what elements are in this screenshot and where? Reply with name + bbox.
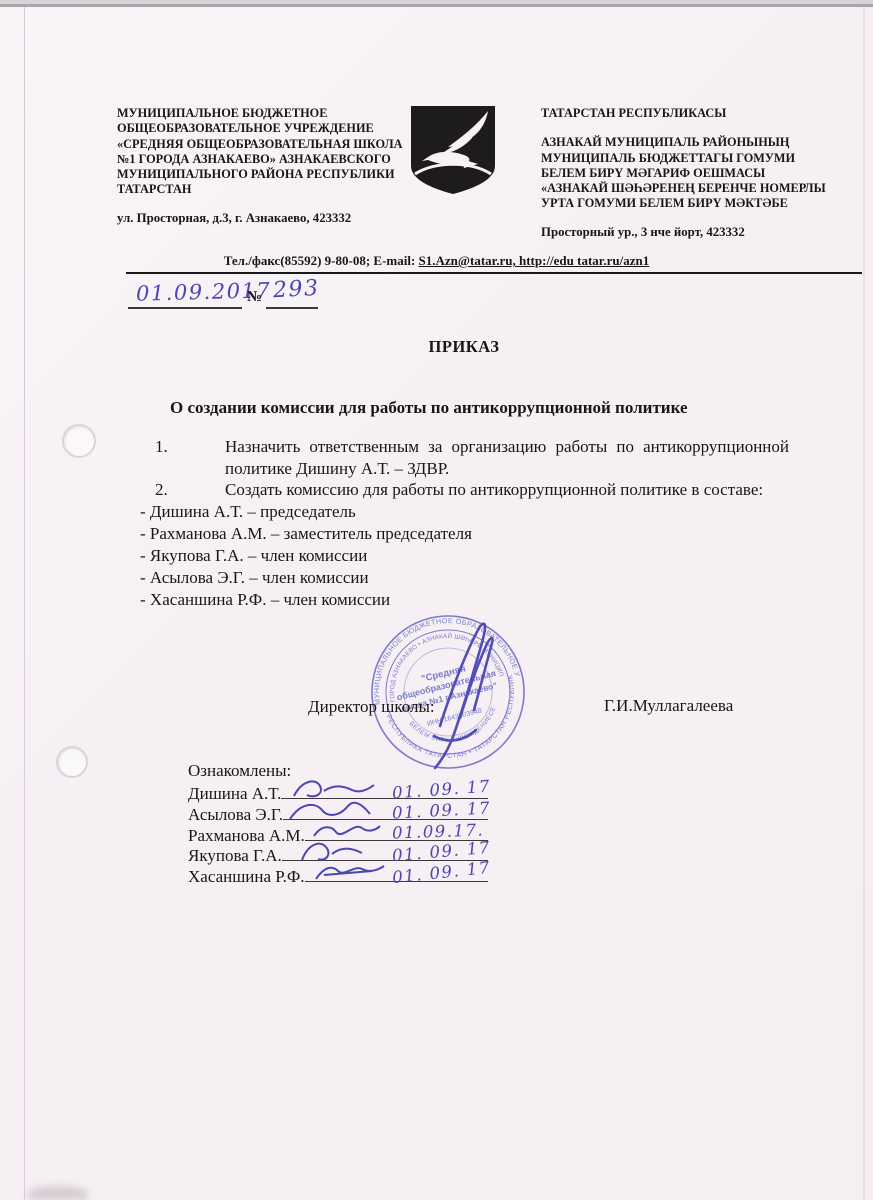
acknowledged-block: Ознакомлены: Дишина А.Т. 01. 09. 17 Асыл… <box>188 761 488 888</box>
letterhead-line: МУНИЦИПАЛЬНОГО РАЙОНА РЕСПУБЛИКИ <box>117 167 417 182</box>
director-role-label: Директор школы: <box>308 697 435 717</box>
letterhead-line: «АЗНАКАЙ ШӘҺӘРЕНЕҢ БЕРЕНЧЕ НОМЕРЛЫ <box>541 181 846 196</box>
person-name: Якупова Г.А. <box>188 846 282 866</box>
order-items: 1. Назначить ответственным за организаци… <box>155 436 789 501</box>
director-signature <box>392 606 532 776</box>
letterhead-line: «СРЕДНЯЯ ОБЩЕОБРАЗОВАТЕЛЬНАЯ ШКОЛА <box>117 137 417 152</box>
letterhead-line: АЗНАКАЙ МУНИЦИПАЛЬ РАЙОНЫНЫҢ <box>541 135 846 150</box>
signature-scribble <box>310 859 390 887</box>
hole-punch-bottom <box>56 746 88 778</box>
header-divider-rule <box>126 272 862 274</box>
director-name: Г.И.Муллагалеева <box>604 696 733 716</box>
letterhead-line: УРТА ГОМУМИ БЕЛЕМ БИРҮ МӘКТӘБЕ <box>541 196 846 211</box>
letterhead-line: ТАТАРСТАН РЕСПУБЛИКАСЫ <box>541 106 846 121</box>
scan-top-edge <box>0 4 873 7</box>
address-tatar: Просторный ур., 3 нче йорт, 423332 <box>541 225 846 240</box>
number-underline <box>266 307 318 309</box>
address-russian: ул. Просторная, д.3, г. Азнакаево, 42333… <box>117 211 417 226</box>
letterhead-line: ТАТАРСТАН <box>117 182 417 197</box>
member-row: - Асылова Э.Г. – член комиссии <box>140 567 472 589</box>
letterhead-line: МУНИЦИПАЛЬНОЕ БЮДЖЕТНОЕ <box>117 106 417 121</box>
page-left-edge <box>24 7 25 1200</box>
order-subject: О создании комиссии для работы по антико… <box>170 398 690 418</box>
letterhead-tatar: ТАТАРСТАН РЕСПУБЛИКАСЫ АЗНАКАЙ МУНИЦИПАЛ… <box>541 106 846 240</box>
letterhead-line: МУНИЦИПАЛЬ БЮДЖЕТТАГЫ ГОМУМИ <box>541 151 846 166</box>
order-heading: ПРИКАЗ <box>128 337 800 357</box>
person-name: Хасаншина Р.Ф. <box>188 867 305 887</box>
letterhead-line: БЕЛЕМ БИРҮ МӘГАРИФ ОЕШМАСЫ <box>541 166 846 181</box>
item-number: 2. <box>155 479 225 501</box>
member-row: - Якупова Г.А. – член комиссии <box>140 545 472 567</box>
letterhead-russian: МУНИЦИПАЛЬНОЕ БЮДЖЕТНОЕ ОБЩЕОБРАЗОВАТЕЛЬ… <box>117 106 417 226</box>
scanned-order-document: МУНИЦИПАЛЬНОЕ БЮДЖЕТНОЕ ОБЩЕОБРАЗОВАТЕЛЬ… <box>0 0 873 1200</box>
spacer <box>541 121 846 135</box>
aznakayevo-coat-of-arms-icon <box>408 104 498 196</box>
commission-members-list: - Дишина А.Т. – председатель - Рахманова… <box>140 501 472 611</box>
page-right-edge <box>863 7 865 1200</box>
person-name: Рахманова А.М. <box>188 826 305 846</box>
letterhead-line: ОБЩЕОБРАЗОВАТЕЛЬНОЕ УЧРЕЖДЕНИЕ <box>117 121 417 136</box>
member-row: - Рахманова А.М. – заместитель председат… <box>140 523 472 545</box>
scan-corner-smudge <box>28 1186 88 1200</box>
date-underline <box>128 307 242 309</box>
order-item-1: 1. Назначить ответственным за организаци… <box>155 436 789 479</box>
person-name: Дишина А.Т. <box>188 784 281 804</box>
member-row: - Дишина А.Т. – председатель <box>140 501 472 523</box>
number-sign: № <box>247 289 262 306</box>
acknowledged-row: Хасаншина Р.Ф. 01. 09. 17 <box>188 867 488 888</box>
order-item-2: 2. Создать комиссию для работы по антико… <box>155 479 789 501</box>
letterhead-line: №1 ГОРОДА АЗНАКАЕВО» АЗНАКАЕВСКОГО <box>117 152 417 167</box>
contact-line: Тел./факс(85592) 9-80-08; E-mail: S1.Azn… <box>0 253 873 269</box>
item-text: Создать комиссию для работы по антикорру… <box>225 479 789 501</box>
handwritten-order-number: 293 <box>272 276 320 303</box>
hole-punch-top <box>62 424 96 458</box>
item-text: Назначить ответственным за организацию р… <box>225 436 789 479</box>
phone-fax-label: Тел./факс(85592) 9-80-08; E-mail: <box>224 253 419 268</box>
person-name: Асылова Э.Г. <box>188 805 283 825</box>
item-number: 1. <box>155 436 225 479</box>
email-website-text: S1.Azn@tatar.ru, http://edu tatar.ru/azn… <box>419 253 650 268</box>
